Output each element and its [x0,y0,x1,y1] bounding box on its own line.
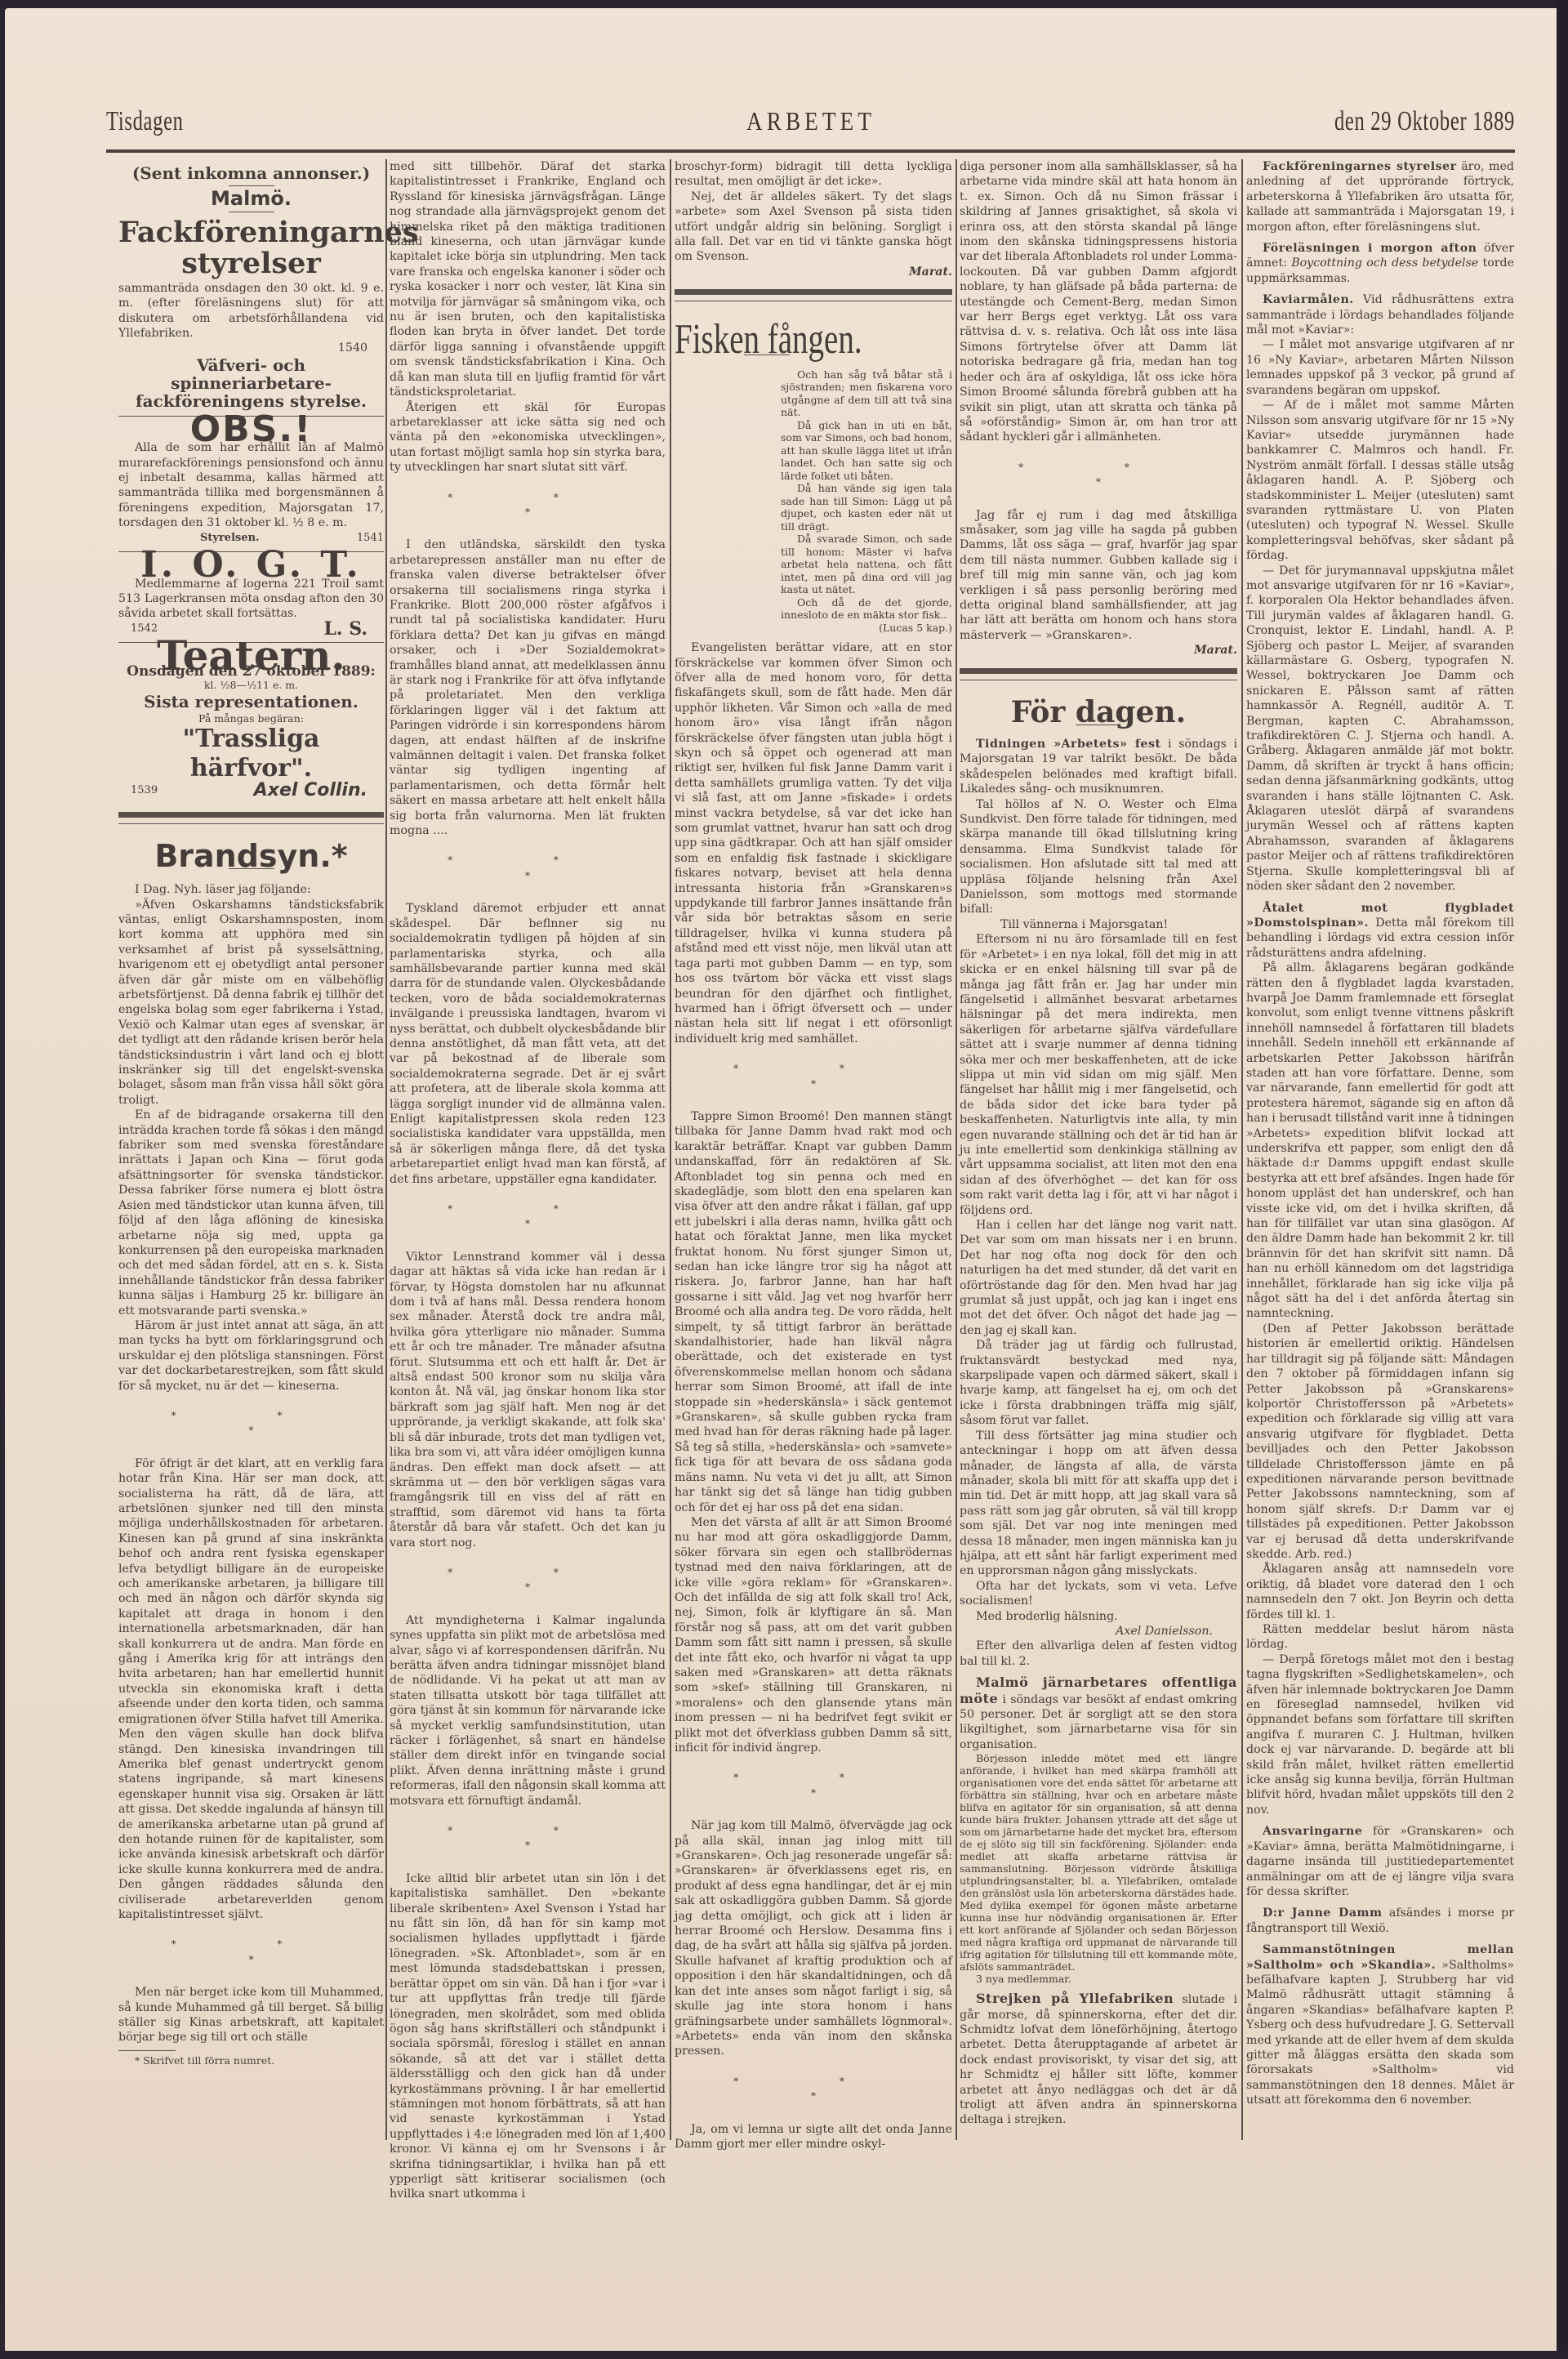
ad-number: 1542 [131,622,158,636]
paragraph: Viktor Lennstrand kommer väl i dessa dag… [390,1250,666,1550]
paragraph: Att myndigheterna i Kalmar ingalunda syn… [390,1613,666,1808]
ad-footer: 1539 Axel Collin. [118,783,384,798]
column-2: med sitt tillbehör. Däraf det starka kap… [390,159,666,2202]
verse: Då han vände sig igen tala sade han till… [781,482,952,533]
paragraph: På allm. åklagarens begäran godkände rät… [1246,961,1514,1322]
section-star: * [390,1580,666,1594]
column-divider [955,159,957,2140]
scan-border-top [0,0,1568,8]
section-star: * [118,1423,384,1438]
paragraph: — Derpå företogs målet mot den i bestag … [1246,1652,1514,1817]
news-item: Sammanstötningen mellan »Saltholm» och »… [1246,1942,1514,2107]
scan-border-bottom [0,2351,1568,2359]
paragraph: (Den af Petter Jakobsson berättade histo… [1246,1322,1514,1563]
paragraph: Men när berget icke kom till Muhammed, s… [118,1985,384,2045]
column-4: diga personer inom alla samhällsklasser,… [960,159,1237,2128]
bible-verse: Och han såg två båtar stå i sjöstranden;… [781,368,952,635]
divider [675,289,952,295]
section-star: * [960,475,1237,489]
news-item: Malmö järnarbetares offentliga möte i sö… [960,1675,1237,1752]
paragraph: Icke alltid blir arbetet utan sin lön i … [390,1871,666,2202]
section-star: * [675,2089,952,2103]
letter-salutation: Till vännerna i Majorsgatan! [960,917,1237,932]
paragraph: diga personer inom alla samhällsklasser,… [960,159,1237,445]
paragraph: Men det värsta af allt är att Simon Broo… [675,1515,952,1756]
scan-border-right [1557,0,1568,2359]
section-stars: * * [390,1565,666,1580]
article-brandsyn: Brandsyn.* I Dag. Nyh. läser jag följand… [106,849,384,2067]
news-item: Strejken på Yllefabriken slutade i går m… [960,1991,1237,2128]
divider [229,185,274,186]
ad-date: Onsdagen den 27 oktober 1889: [118,664,384,679]
section-stars: * * [390,1202,666,1216]
paragraph: — I målet mot ansvarige utgifvaren af nr… [1246,337,1514,398]
verse: Och då de det gjorde, innesloto de en mä… [781,596,952,622]
ad-title: OBS.! [118,422,384,437]
divider [118,812,384,818]
article-title: Brandsyn.* [118,849,384,863]
paragraph: Nej, det är alldeles säkert. Ty det slag… [675,190,952,265]
verse: Då gick han in uti en båt, som var Simon… [781,419,952,483]
news-item: Fackföreningarnes styrelser äro, med anl… [1246,159,1514,234]
ad-request: På mångas begäran: [118,712,384,725]
paragraph: Återigen ett skäl för Europas arbetarekl… [390,400,666,475]
section-stars: * * [390,1823,666,1838]
paragraph: broschyr-form) bidragit till detta lyckl… [675,159,952,190]
section-star: * [675,1786,952,1800]
letter-signature: Axel Danielsson. [960,1624,1237,1639]
paragraph: Då träder jag ut färdig och fullrustad, … [960,1338,1237,1428]
divider [960,680,1237,680]
masthead-rule [106,149,1515,153]
divider [675,301,952,301]
section-stars: * * [960,460,1237,475]
verse: Då svarade Simon, och sade till honom: M… [781,533,952,596]
paragraph: med sitt tillbehör. Däraf det starka kap… [390,159,666,400]
masthead-day: Tisdagen [106,106,184,137]
ad-number: 1540 [118,341,384,355]
section-star: * [675,1077,952,1091]
article-title: För dagen. [960,705,1237,720]
paragraph: En af de bidragande orsakerna till den i… [118,1108,384,1318]
paragraph: Med broderlig hälsning. [960,1609,1237,1624]
paragraph: Jag får ej rum i dag med åtskilliga smås… [960,508,1237,644]
paragraph: Tal höllos af N. O. Wester och Elma Sund… [960,797,1237,917]
paragraph: Evangelisten berättar vidare, att en sto… [675,640,952,1046]
paragraph: Rätten meddelar beslut härom nästa lörda… [1246,1622,1514,1652]
paragraph: Ja, om vi lemna ur sigte allt det onda J… [675,2122,952,2152]
paragraph: När jag kom till Malmö, öfvervägde jag o… [675,1818,952,2059]
section-stars: * * [675,2074,952,2089]
section-stars: * * [390,853,666,867]
ad-title: Fackföreningarnes styrelser [118,217,384,279]
news-item: Tidningen »Arbetets» fest i söndags i Ma… [960,737,1237,797]
ads-city: Malmö. [118,191,384,206]
paragraph: Tyskland däremot erbjuder ett annat skåd… [390,901,666,1187]
ad-text: Alla de som har erhållit lån af Malmö mu… [118,440,384,530]
ads-section: (Sent inkomna annonser.) Malmö. Fackföre… [106,166,384,824]
paragraph: Börjesson inledde mötet med ett längre a… [960,1752,1237,1973]
column-divider [385,159,387,2140]
signature: Marat. [960,643,1237,658]
paragraph: För öfrigt är det klart, att en verklig … [118,1456,384,1923]
verse-reference: (Lucas 5 kap.) [781,622,952,635]
column-3: broschyr-form) bidragit till detta lyckl… [675,159,952,2152]
ad-play-title: "Trassliga härfvor". [118,725,384,783]
divider [118,823,384,824]
masthead: Tisdagen ARBETET den 29 Oktober 1889 [106,106,1515,139]
paragraph: Till dess förtsätter jag mina studier oc… [960,1429,1237,1579]
paragraph: Åklagaren ansåg att namnsedeln vore orik… [1246,1562,1514,1622]
paragraph: I Dag. Nyh. läser jag följande: [118,882,384,897]
ad-time: kl. ½8—½11 e. m. [118,679,384,691]
column-divider [670,159,671,2140]
paragraph: Ofta har det lyckats, som vi veta. Lefve… [960,1579,1237,1609]
ad-number: 1539 [131,783,158,798]
section-stars: * * [390,490,666,505]
paragraph: — Af de i målet mot samme Mårten Nilsson… [1246,398,1514,563]
section-stars: * * [675,1770,952,1785]
ad-title: Teatern. [118,649,384,663]
news-item: Åtalet mot flygbladet »Domstolspinan». D… [1246,901,1514,961]
paragraph: — Det för jurymannaval uppskjutna målet … [1246,564,1514,894]
column-1: (Sent inkomna annonser.) Malmö. Fackföre… [106,159,384,2067]
paragraph: Eftersom ni nu äro församlade till en fe… [960,932,1237,1218]
divider [960,668,1237,674]
column-5: Fackföreningarnes styrelser äro, med anl… [1246,159,1514,2108]
section-stars: * * [118,1408,384,1423]
ad-text: sammanträda onsdagen den 30 okt. kl. 9 e… [118,281,384,341]
paragraph: Han i cellen har det länge nog varit nat… [960,1218,1237,1338]
section-stars: * * [118,1937,384,1951]
ad-text: Medlemmarne af logerna 221 Troil samt 51… [118,577,384,622]
footnote: * Skrifvet till förra numret. [118,2054,384,2067]
section-star: * [118,1952,384,1967]
section-star: * [390,1216,666,1231]
section-star: * [390,505,666,520]
ad-line: Sista representationen. [118,694,384,709]
masthead-title: ARBETET [746,106,875,136]
paragraph: Härom är just intet annat att säga, än a… [118,1318,384,1394]
ad-title: I. O. G. T. [118,558,384,573]
footnote-rule [118,2050,176,2051]
divider [229,212,274,212]
column-divider [1241,159,1243,2140]
ad-signature: Axel Collin. [254,783,367,798]
masthead-date: den 29 Oktober 1889 [1334,106,1515,137]
section-star: * [390,1838,666,1853]
paragraph: Efter den allvarliga delen af festen vid… [960,1639,1237,1669]
section-stars: * * [675,1061,952,1076]
news-item: Ansvaringarne för »Granskaren» och »Kavi… [1246,1824,1514,1899]
news-item: D:r Janne Damm afsändes i morse pr fångt… [1246,1906,1514,1936]
section-star: * [390,868,666,883]
ad-signature: Väfveri- och spinneriarbetare-fackföreni… [118,356,384,410]
news-item: Kaviarmålen. Vid rådhusrättens extra sam… [1246,292,1514,337]
ads-header: (Sent inkomna annonser.) [118,166,384,181]
verse: Och han såg två båtar stå i sjöstranden;… [781,368,952,419]
signature: Marat. [675,265,952,279]
paragraph: 3 nya medlemmar. [960,1973,1237,1985]
paragraph: Tappre Simon Broomé! Den mannen stängt t… [675,1109,952,1515]
news-item: Föreläsningen i morgon afton öfver ämnet… [1246,241,1514,286]
paragraph: »Äfven Oskarshamns tändsticksfabrik vänt… [118,898,384,1108]
article-title: Fisken fången. [675,332,883,347]
paragraph: I den utländska, särskildt den tyska arb… [390,537,666,838]
